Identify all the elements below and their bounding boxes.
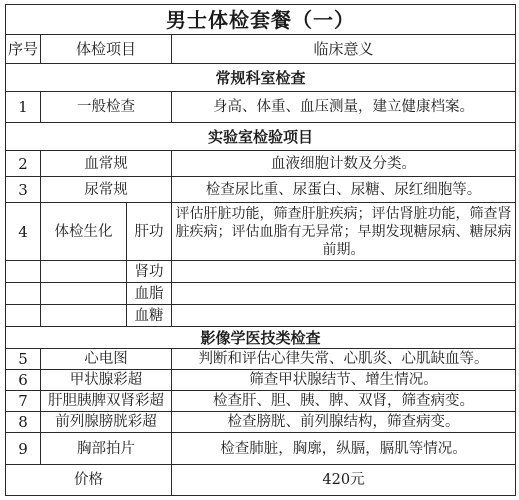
row-item: 甲状腺彩超 [41,370,172,391]
row-meaning: 检查膀胱、前列腺结构，筛查病变。 [172,412,516,433]
row-meaning: 检查尿比重、尿蛋白、尿糖、尿红细胞等。 [172,177,516,203]
row-subitem: 肾功 [127,261,172,283]
section-header: 影像学医技类检查 [6,327,516,349]
checkup-package-table: 男士体检套餐（一） 序号 体检项目 临床意义 常规科室检查 1 一般检查 身高、… [5,4,516,496]
row-item: 前列腺膀胱彩超 [41,412,172,433]
row-subitem: 血糖 [127,305,172,327]
row-index: 2 [6,151,41,177]
table-row: 6 甲状腺彩超 筛查甲状腺结节、增生情况。 [6,370,516,391]
row-index: 7 [6,391,41,412]
price-value: 420元 [172,465,516,496]
row-meaning: 检查肝、胆、胰、脾、双肾，筛查病变。 [172,391,516,412]
package-title: 男士体检套餐（一） [6,5,516,35]
row-item: 胸部拍片 [41,433,172,465]
row-index: 5 [6,349,41,370]
table-row: 1 一般检查 身高、体重、血压测量，建立健康档案。 [6,92,516,123]
row-index: 6 [6,370,41,391]
row-index: 8 [6,412,41,433]
section-header: 常规科室检查 [6,64,516,92]
row-index: 3 [6,177,41,203]
section-header: 实验室检验项目 [6,123,516,151]
row-item: 一般检查 [41,92,172,123]
row-item: 肝胆胰脾双肾彩超 [41,391,172,412]
empty-cell [41,305,127,327]
row-meaning: 判断和评估心律失常、心肌炎、心肌缺血等。 [172,349,516,370]
row-index: 9 [6,433,41,465]
table-row: 5 心电图 判断和评估心律失常、心肌炎、心肌缺血等。 [6,349,516,370]
row-meaning: 筛查甲状腺结节、增生情况。 [172,370,516,391]
empty-cell [6,261,41,283]
empty-cell [172,305,516,327]
row-item: 体检生化 [41,203,127,261]
table-row: 4 体检生化 肝功 评估肝脏功能，筛查肝脏疾病；评估肾脏功能，筛查肾脏疾病；评估… [6,203,516,261]
table-row: 9 胸部拍片 检查肺脏，胸廓，纵膈，膈肌等情况。 [6,433,516,465]
row-subitem: 肝功 [127,203,172,261]
empty-cell [41,283,127,305]
price-label: 价格 [6,465,172,496]
table-row: 肾功 [6,261,516,283]
header-meaning: 临床意义 [172,35,516,64]
row-index: 1 [6,92,41,123]
row-meaning: 血液细胞计数及分类。 [172,151,516,177]
empty-cell [172,283,516,305]
price-row: 价格 420元 [6,465,516,496]
empty-cell [172,261,516,283]
row-item: 尿常规 [41,177,172,203]
table-row: 3 尿常规 检查尿比重、尿蛋白、尿糖、尿红细胞等。 [6,177,516,203]
row-index: 4 [6,203,41,261]
table-row: 8 前列腺膀胱彩超 检查膀胱、前列腺结构，筛查病变。 [6,412,516,433]
row-item: 血常规 [41,151,172,177]
table-row: 血脂 [6,283,516,305]
table-row: 7 肝胆胰脾双肾彩超 检查肝、胆、胰、脾、双肾，筛查病变。 [6,391,516,412]
row-meaning: 评估肝脏功能，筛查肝脏疾病；评估肾脏功能，筛查肾脏疾病；评估血脂有无异常；早期发… [172,203,516,261]
header-item: 体检项目 [41,35,172,64]
row-meaning: 身高、体重、血压测量，建立健康档案。 [172,92,516,123]
empty-cell [6,305,41,327]
table-row: 2 血常规 血液细胞计数及分类。 [6,151,516,177]
table-row: 血糖 [6,305,516,327]
header-index: 序号 [6,35,41,64]
row-meaning: 检查肺脏，胸廓，纵膈，膈肌等情况。 [172,433,516,465]
empty-cell [6,283,41,305]
empty-cell [41,261,127,283]
row-subitem: 血脂 [127,283,172,305]
row-item: 心电图 [41,349,172,370]
